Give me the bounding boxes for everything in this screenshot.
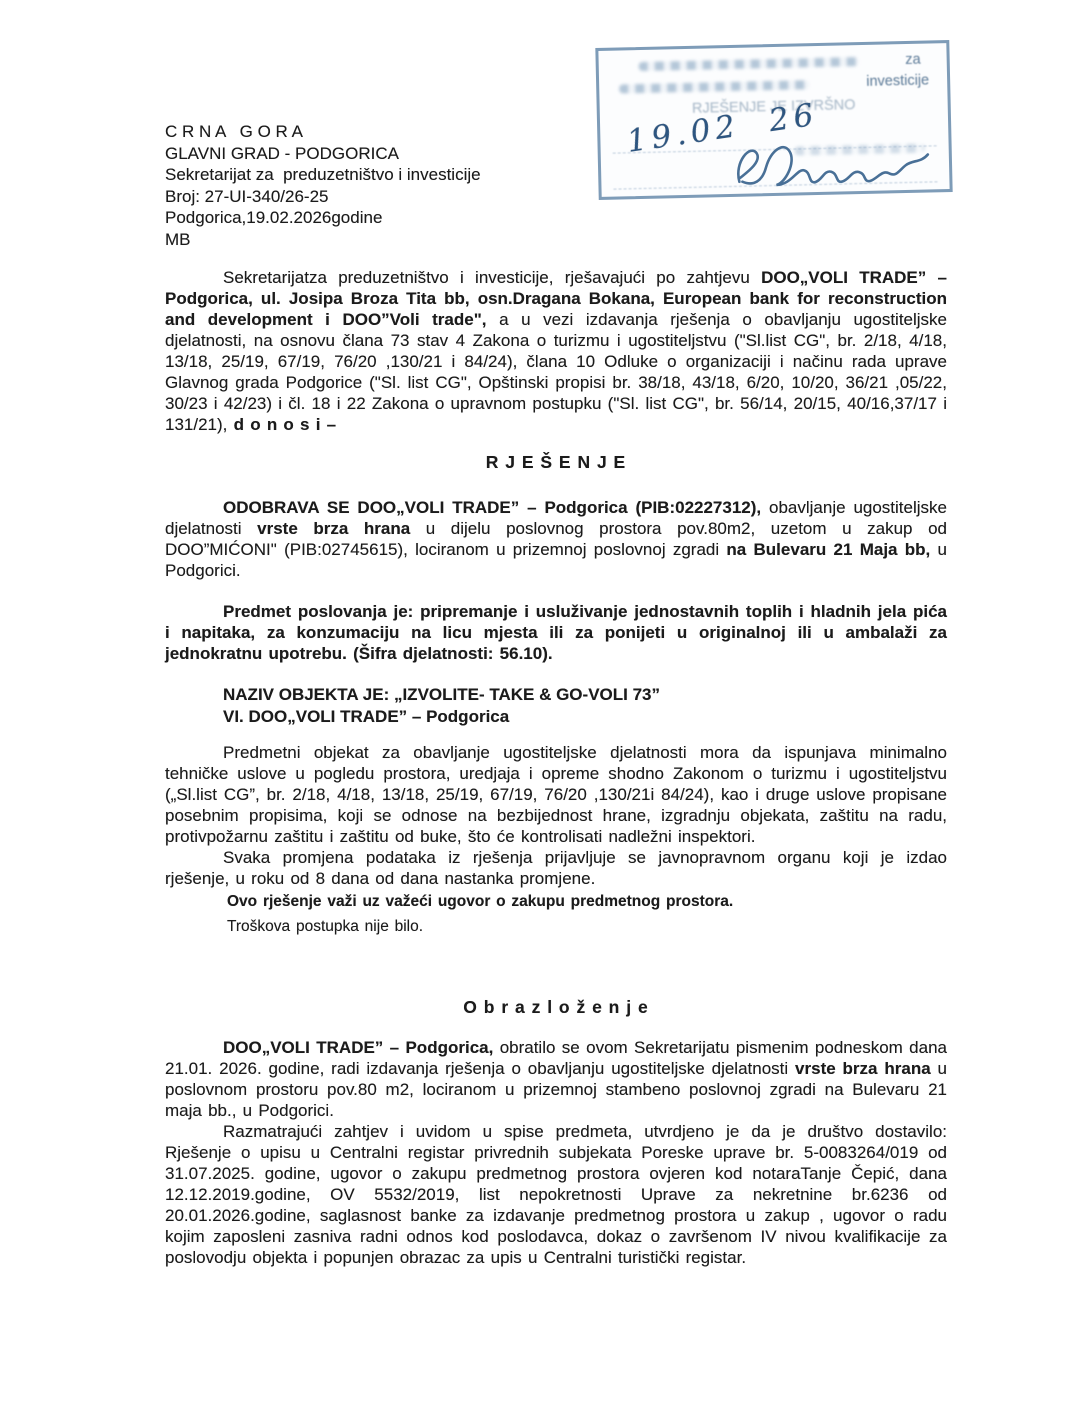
explanation-paragraph-1: DOO„VOLI TRADE” – Podgorica, obratilo se… bbox=[165, 1037, 947, 1121]
stamp-smudge bbox=[639, 57, 859, 71]
conditions-paragraph: Predmetni objekat za obavljanje ugostite… bbox=[165, 742, 947, 847]
letterhead-initials: MB bbox=[165, 229, 481, 251]
validity-line: Ovo rješenje važi uz važeći ugovor o zak… bbox=[227, 891, 947, 913]
letterhead: C R N A G O R A GLAVNI GRAD - PODGORICA … bbox=[165, 121, 481, 250]
ink-stamp: za investicije RJEŠENJE JE IZVRŠNO 19.02… bbox=[595, 40, 952, 200]
intro-section: Sekretarijatza preduzetništvo i investic… bbox=[165, 267, 947, 435]
scanned-document-page: C R N A G O R A GLAVNI GRAD - PODGORICA … bbox=[0, 0, 1088, 1408]
business-subject-section: Predmet poslovanja je: pripremanje i usl… bbox=[165, 601, 947, 664]
business-subject-paragraph: Predmet poslovanja je: pripremanje i usl… bbox=[165, 601, 947, 664]
change-notice-paragraph: Svaka promjena podataka iz rješenja prij… bbox=[165, 847, 947, 889]
letterhead-case-number: Broj: 27-UI-340/26-25 bbox=[165, 186, 481, 208]
stamp-smudge bbox=[619, 80, 809, 93]
letterhead-date: Podgorica,19.02.2026godine bbox=[165, 207, 481, 229]
stamp-fragment-za: za bbox=[905, 52, 921, 68]
letterhead-city: GLAVNI GRAD - PODGORICA bbox=[165, 143, 481, 165]
stamp-fragment-investicije: investicije bbox=[866, 72, 929, 89]
explanation-heading: O b r a z l o ž e n j e bbox=[165, 997, 947, 1018]
signature-scribble bbox=[728, 133, 934, 196]
conditions-section: Predmetni objekat za obavljanje ugostite… bbox=[165, 742, 947, 938]
letterhead-country: C R N A G O R A bbox=[165, 121, 481, 143]
approval-section: ODOBRAVA SE DOO„VOLI TRADE” – Podgorica … bbox=[165, 497, 947, 581]
intro-paragraph: Sekretarijatza preduzetništvo i investic… bbox=[165, 267, 947, 435]
object-name-section: NAZIV OBJEKTA JE: „IZVOLITE- TAKE & GO-V… bbox=[165, 684, 947, 728]
approval-paragraph: ODOBRAVA SE DOO„VOLI TRADE” – Podgorica … bbox=[165, 497, 947, 581]
costs-line: Troškova postupka nije bilo. bbox=[227, 916, 947, 938]
explanation-paragraph-2: Razmatrajući zahtjev i uvidom u spise pr… bbox=[165, 1121, 947, 1268]
explanation-section: DOO„VOLI TRADE” – Podgorica, obratilo se… bbox=[165, 1037, 947, 1268]
object-owner-line: VI. DOO„VOLI TRADE” – Podgorica bbox=[223, 706, 947, 728]
letterhead-secretariat: Sekretarijat za preduzetništvo i investi… bbox=[165, 164, 481, 186]
object-name-line: NAZIV OBJEKTA JE: „IZVOLITE- TAKE & GO-V… bbox=[223, 684, 947, 706]
decision-heading: R J E Š E N J E bbox=[165, 452, 947, 473]
